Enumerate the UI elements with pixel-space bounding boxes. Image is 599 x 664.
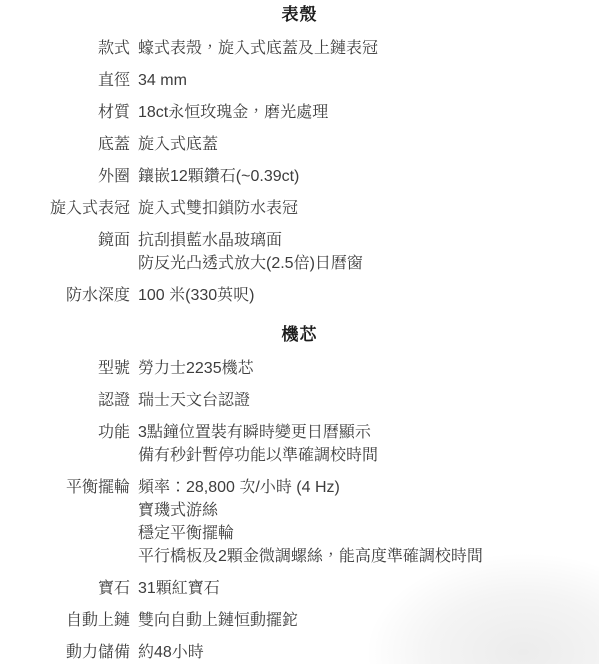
- spec-row: 自動上鏈 雙向自動上鏈恒動擺鉈: [0, 609, 599, 632]
- spec-row: 外圈 鑲嵌12顆鑽石(~0.39ct): [0, 165, 599, 188]
- spec-value: 31顆紅寶石: [138, 577, 599, 600]
- spec-label: 功能: [0, 421, 130, 467]
- spec-value-line: 防反光凸透式放大(2.5倍)日曆窗: [138, 252, 599, 275]
- spec-value: 頻率：28,800 次/小時 (4 Hz)寶璣式游絲穩定平衡擺輪平行橋板及2顆金…: [138, 476, 599, 568]
- watch-spec-sheet: 表殼 款式 蠔式表殼，旋入式底蓋及上鏈表冠 直徑 34 mm 材質 18ct永恒…: [0, 0, 599, 664]
- spec-value: 蠔式表殼，旋入式底蓋及上鏈表冠: [138, 37, 599, 60]
- spec-row: 平衡擺輪 頻率：28,800 次/小時 (4 Hz)寶璣式游絲穩定平衡擺輪平行橋…: [0, 476, 599, 568]
- spec-value-line: 鑲嵌12顆鑽石(~0.39ct): [138, 165, 599, 188]
- spec-value: 旋入式雙扣鎖防水表冠: [138, 197, 599, 220]
- spec-value: 鑲嵌12顆鑽石(~0.39ct): [138, 165, 599, 188]
- spec-value-line: 勞力士2235機芯: [138, 357, 599, 380]
- spec-value-line: 抗刮損藍水晶玻璃面: [138, 229, 599, 252]
- spec-value-line: 蠔式表殼，旋入式底蓋及上鏈表冠: [138, 37, 599, 60]
- spec-value-line: 34 mm: [138, 69, 599, 92]
- section-title: 表殼: [0, 4, 599, 25]
- spec-label: 旋入式表冠: [0, 197, 130, 220]
- spec-rows: 款式 蠔式表殼，旋入式底蓋及上鏈表冠 直徑 34 mm 材質 18ct永恒玫瑰金…: [0, 37, 599, 307]
- spec-row: 型號 勞力士2235機芯: [0, 357, 599, 380]
- spec-row: 防水深度 100 米(330英呎): [0, 284, 599, 307]
- spec-value-line: 3點鐘位置裝有瞬時變更日曆顯示: [138, 421, 599, 444]
- spec-value-line: 旋入式底蓋: [138, 133, 599, 156]
- spec-value-line: 穩定平衡擺輪: [138, 522, 599, 545]
- spec-label: 自動上鏈: [0, 609, 130, 632]
- spec-value-line: 頻率：28,800 次/小時 (4 Hz): [138, 476, 599, 499]
- spec-value-line: 平行橋板及2顆金微調螺絲，能高度準確調校時間: [138, 545, 599, 568]
- spec-label: 平衡擺輪: [0, 476, 130, 568]
- spec-value-line: 寶璣式游絲: [138, 499, 599, 522]
- spec-value: 瑞士天文台認證: [138, 389, 599, 412]
- spec-row: 鏡面 抗刮損藍水晶玻璃面防反光凸透式放大(2.5倍)日曆窗: [0, 229, 599, 275]
- spec-label: 外圈: [0, 165, 130, 188]
- spec-label: 材質: [0, 101, 130, 124]
- spec-value-line: 雙向自動上鏈恒動擺鉈: [138, 609, 599, 632]
- spec-row: 寶石 31顆紅寶石: [0, 577, 599, 600]
- spec-value-line: 備有秒針暫停功能以準確調校時間: [138, 444, 599, 467]
- spec-section: 機芯 型號 勞力士2235機芯 認證 瑞士天文台認證 功能 3點鐘位置裝有瞬時變…: [0, 324, 599, 664]
- spec-value: 旋入式底蓋: [138, 133, 599, 156]
- spec-value: 勞力士2235機芯: [138, 357, 599, 380]
- spec-value: 雙向自動上鏈恒動擺鉈: [138, 609, 599, 632]
- spec-value-line: 瑞士天文台認證: [138, 389, 599, 412]
- spec-label: 型號: [0, 357, 130, 380]
- spec-value: 18ct永恒玫瑰金，磨光處理: [138, 101, 599, 124]
- spec-row: 動力儲備 約48小時: [0, 641, 599, 664]
- spec-label: 寶石: [0, 577, 130, 600]
- spec-value: 約48小時: [138, 641, 599, 664]
- spec-label: 認證: [0, 389, 130, 412]
- spec-value: 34 mm: [138, 69, 599, 92]
- spec-label: 直徑: [0, 69, 130, 92]
- spec-row: 直徑 34 mm: [0, 69, 599, 92]
- spec-value-line: 31顆紅寶石: [138, 577, 599, 600]
- spec-row: 材質 18ct永恒玫瑰金，磨光處理: [0, 101, 599, 124]
- spec-value: 3點鐘位置裝有瞬時變更日曆顯示備有秒針暫停功能以準確調校時間: [138, 421, 599, 467]
- spec-value-line: 18ct永恒玫瑰金，磨光處理: [138, 101, 599, 124]
- spec-row: 功能 3點鐘位置裝有瞬時變更日曆顯示備有秒針暫停功能以準確調校時間: [0, 421, 599, 467]
- spec-label: 防水深度: [0, 284, 130, 307]
- spec-row: 款式 蠔式表殼，旋入式底蓋及上鏈表冠: [0, 37, 599, 60]
- spec-label: 款式: [0, 37, 130, 60]
- spec-rows: 型號 勞力士2235機芯 認證 瑞士天文台認證 功能 3點鐘位置裝有瞬時變更日曆…: [0, 357, 599, 664]
- spec-label: 底蓋: [0, 133, 130, 156]
- spec-row: 旋入式表冠 旋入式雙扣鎖防水表冠: [0, 197, 599, 220]
- spec-section: 表殼 款式 蠔式表殼，旋入式底蓋及上鏈表冠 直徑 34 mm 材質 18ct永恒…: [0, 4, 599, 307]
- spec-label: 鏡面: [0, 229, 130, 275]
- spec-value-line: 約48小時: [138, 641, 599, 664]
- spec-row: 底蓋 旋入式底蓋: [0, 133, 599, 156]
- section-title: 機芯: [0, 324, 599, 345]
- spec-value: 抗刮損藍水晶玻璃面防反光凸透式放大(2.5倍)日曆窗: [138, 229, 599, 275]
- spec-value: 100 米(330英呎): [138, 284, 599, 307]
- spec-row: 認證 瑞士天文台認證: [0, 389, 599, 412]
- spec-label: 動力儲備: [0, 641, 130, 664]
- spec-value-line: 100 米(330英呎): [138, 284, 599, 307]
- spec-value-line: 旋入式雙扣鎖防水表冠: [138, 197, 599, 220]
